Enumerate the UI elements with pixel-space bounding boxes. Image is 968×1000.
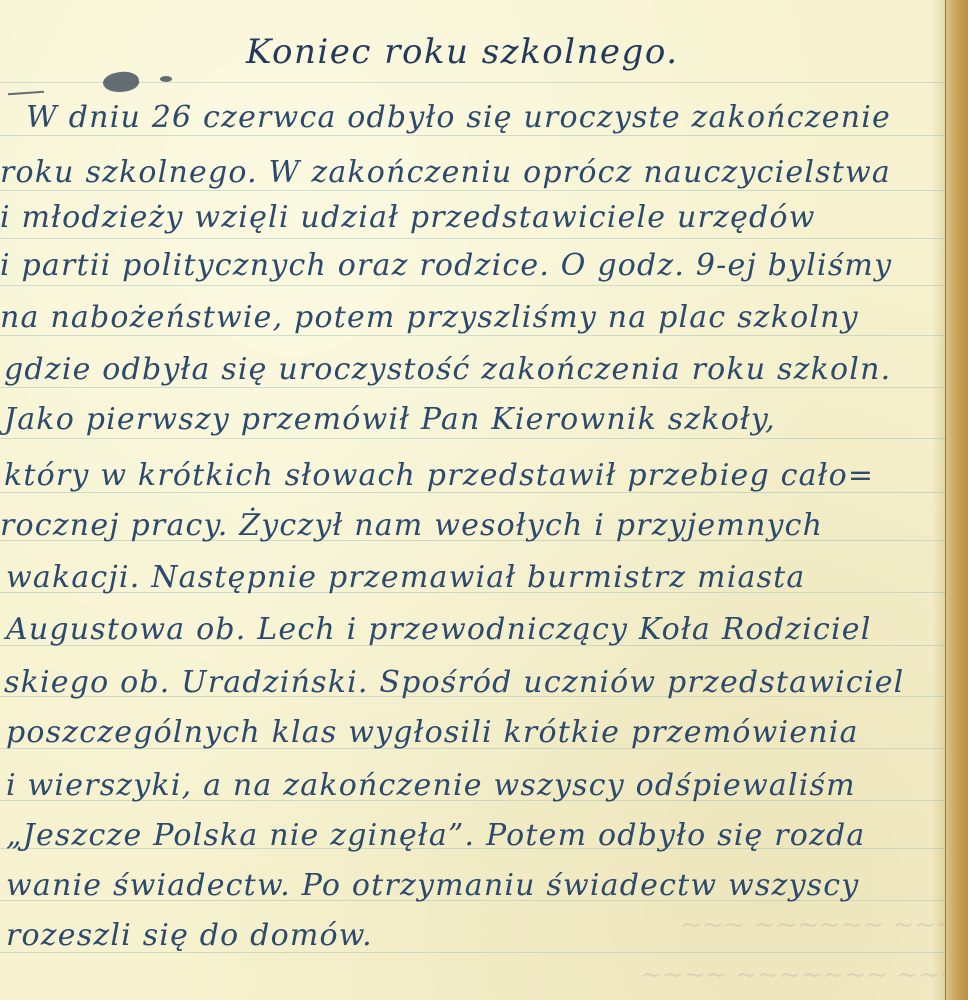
text-line: który w krótkich słowach przedstawił prz… xyxy=(4,458,874,493)
page-title: Koniec roku szkolnego. xyxy=(246,32,679,72)
text-line: rocznej pracy. Życzył nam wesołych i prz… xyxy=(0,508,823,543)
bleed-through-text: ~~~~ ~~~~~~~ ~~~~~ xyxy=(640,960,968,990)
text-line: poszczególnych klas wygłosili krótkie pr… xyxy=(6,715,859,750)
text-line: rozeszli się do domów. xyxy=(6,918,373,953)
text-line: i młodzieży wzięli udział przedstawiciel… xyxy=(0,200,816,235)
text-line: i partii politycznych oraz rodzice. O go… xyxy=(0,248,892,283)
text-line: „Jeszcze Polska nie zginęła”. Potem odby… xyxy=(6,818,866,853)
text-line: na nabożeństwie, potem przyszliśmy na pl… xyxy=(0,300,859,335)
text-line: i wierszyki, a na zakończenie wszyscy od… xyxy=(6,768,856,803)
text-line: wakacji. Następnie przemawiał burmistrz … xyxy=(6,560,806,595)
ink-blot xyxy=(102,70,140,95)
ink-spot xyxy=(160,76,172,82)
text-line: W dniu 26 czerwca odbyło się uroczyste z… xyxy=(26,100,891,135)
text-line: gdzie odbyła się uroczystość zakończenia… xyxy=(4,352,891,387)
pen-stroke xyxy=(8,91,44,96)
bleed-through-text: ~~~ ~~~~~~ ~~~~~ xyxy=(680,910,968,940)
ruled-line xyxy=(0,135,948,136)
text-line: Jako pierwszy przemówił Pan Kierownik sz… xyxy=(4,402,776,437)
ruled-line xyxy=(0,238,948,239)
ruled-line xyxy=(0,387,948,388)
ruled-line xyxy=(0,190,948,191)
ruled-line xyxy=(0,438,948,439)
ruled-line xyxy=(0,82,948,83)
notebook-binding xyxy=(945,0,968,1000)
ruled-line xyxy=(0,285,948,286)
text-line: wanie świadectw. Po otrzymaniu świadectw… xyxy=(6,868,859,903)
text-line: roku szkolnego. W zakończeniu oprócz nau… xyxy=(0,155,891,190)
binding-shadow xyxy=(932,0,946,1000)
document-page: ~~~ ~~~~~~ ~~~~~ ~~~~ ~~~~~~~ ~~~~~ Koni… xyxy=(0,0,968,1000)
text-line: skiego ob. Uradziński. Spośród uczniów p… xyxy=(4,665,904,700)
text-line: Augustowa ob. Lech i przewodniczący Koła… xyxy=(6,612,872,647)
ruled-line xyxy=(0,335,948,336)
